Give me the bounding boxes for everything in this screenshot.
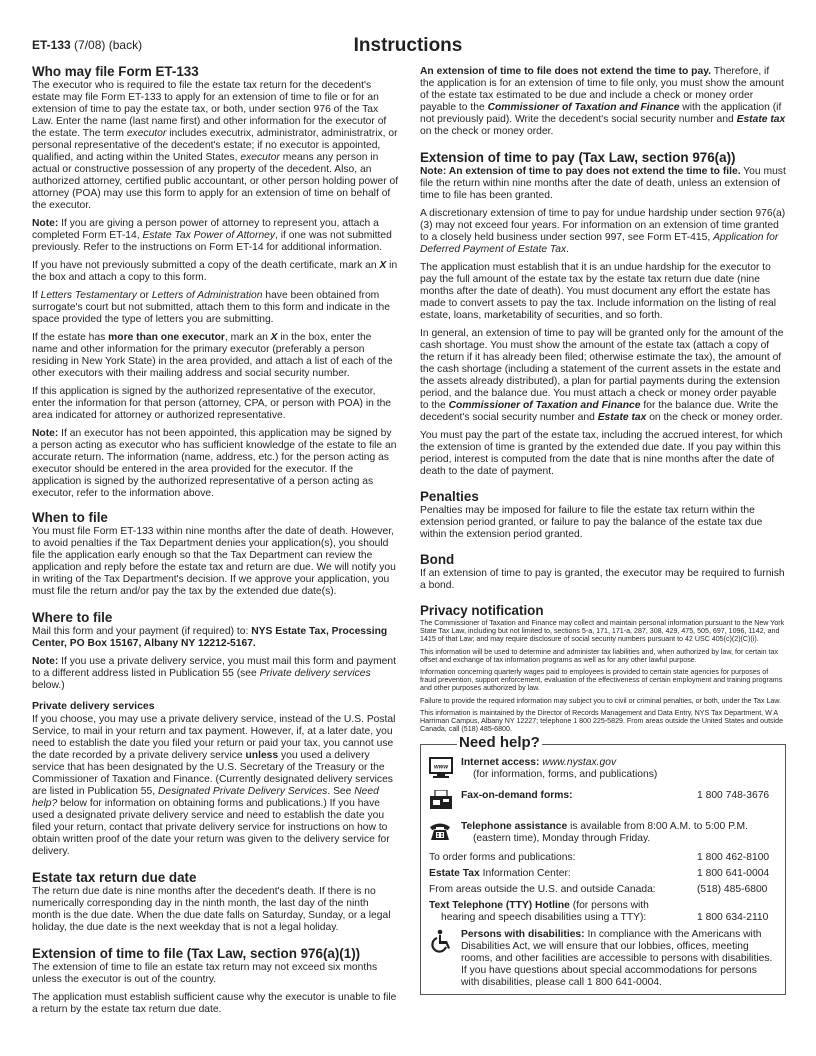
fax-machine-icon [429,790,455,814]
section-heading: When to file [32,510,400,525]
paragraph: If Letters Testamentary or Letters of Ad… [32,290,400,326]
internet-access-row: www Internet access: www.nystax.gov (for… [429,757,777,783]
paragraph: The extension of time to file an estate … [32,962,400,986]
paragraph: Information concerning quarterly wages p… [420,668,786,693]
section-private-delivery: Private delivery services If you choose,… [32,700,400,858]
section-heading: Extension of time to pay (Tax Law, secti… [420,150,786,165]
paragraph: The executor who is required to file the… [32,80,400,212]
section-heading: Who may file Form ET-133 [32,64,400,79]
website-link[interactable]: www.nystax.gov [542,757,616,768]
section-when-to-file: When to file You must file Form ET-133 w… [32,510,400,598]
paragraph: If this application is signed by the aut… [32,386,400,422]
section-privacy: Privacy notification The Commissioner of… [420,603,786,733]
section-heading: Where to file [32,610,400,625]
section-heading: Estate tax return due date [32,870,400,885]
right-column: An extension of time to file does not ex… [420,66,786,995]
internet-subtext: (for information, forms, and publication… [461,769,777,781]
paragraph: This information is maintained by the Di… [420,709,786,734]
section-extension-to-file: Extension of time to file (Tax Law, sect… [32,946,400,1016]
order-forms-number: 1 800 462-8100 [697,852,777,864]
paragraph: The application must establish that it i… [420,262,786,322]
section-heading: Bond [420,552,786,567]
internet-label: Internet access: [461,757,539,768]
subsection-heading: Private delivery services [32,700,400,713]
paragraph: The application must establish sufficien… [32,992,400,1016]
need-help-box: Need help? www Internet access: www.nyst… [420,744,786,995]
section-extension-file-continued: An extension of time to file does not ex… [420,66,786,138]
note-paragraph: Note: If you are giving a person power o… [32,218,400,254]
section-penalties: Penalties Penalties may be imposed for f… [420,489,786,541]
paragraph: You must pay the part of the estate tax,… [420,430,786,478]
section-who-may-file: Who may file Form ET-133 The executor wh… [32,64,400,500]
outside-us-row: From areas outside the U.S. and outside … [429,884,777,896]
note-paragraph: Note: If an executor has not been appoin… [32,428,400,500]
need-help-title: Need help? [457,734,542,752]
page-title: Instructions [0,35,816,57]
paragraph: This information will be used to determi… [420,648,786,664]
estate-tax-center-row: Estate Tax Information Center: 1 800 641… [429,868,777,880]
fax-row: Fax-on-demand forms: 1 800 748-3676 [429,790,777,814]
tty-row: Text Telephone (TTY) Hotline (for person… [429,900,777,924]
telephone-icon [429,821,455,845]
disabilities-label: Persons with disabilities: [461,929,585,940]
paragraph: The Commissioner of Taxation and Finance… [420,619,786,644]
paragraph: Failure to provide the required informat… [420,697,786,705]
section-due-date: Estate tax return due date The return du… [32,870,400,934]
outside-us-number: (518) 485-6800 [697,884,777,896]
paragraph: If the estate has more than one executor… [32,332,400,380]
disabilities-row: Persons with disabilities: In compliance… [429,929,777,989]
note-paragraph: Note: An extension of time to pay does n… [420,166,786,202]
mailing-address: Mail this form and your payment (if requ… [32,626,400,650]
paragraph: If an extension of time to pay is grante… [420,568,786,592]
left-column: Who may file Form ET-133 The executor wh… [32,64,400,1027]
note-paragraph: Note: If you use a private delivery serv… [32,656,400,692]
estate-tax-number: 1 800 641-0004 [697,868,777,880]
instructions-page: ET-133 (7/08) (back) Instructions Who ma… [0,0,816,1056]
paragraph: Penalties may be imposed for failure to … [420,505,786,541]
svg-text:www: www [434,765,448,771]
order-forms-row: To order forms and publications: 1 800 4… [429,852,777,864]
fax-label: Fax-on-demand forms: [461,790,573,802]
section-heading: Extension of time to file (Tax Law, sect… [32,946,400,961]
paragraph: An extension of time to file does not ex… [420,66,786,138]
section-where-to-file: Where to file Mail this form and your pa… [32,610,400,692]
section-heading: Privacy notification [420,603,786,618]
section-heading: Penalties [420,489,786,504]
paragraph: If you have not previously submitted a c… [32,260,400,284]
tty-number: 1 800 634-2110 [697,912,777,924]
telephone-row: Telephone assistance is available from 8… [429,821,777,845]
section-extension-to-pay: Extension of time to pay (Tax Law, secti… [420,150,786,478]
computer-monitor-icon: www [429,757,455,783]
paragraph: If you choose, you may use a private del… [32,714,400,858]
paragraph: The return due date is nine months after… [32,886,400,934]
telephone-hours: (eastern time), Monday through Friday. [461,833,777,845]
paragraph: You must file Form ET-133 within nine mo… [32,526,400,598]
paragraph: In general, an extension of time to pay … [420,328,786,424]
telephone-label: Telephone assistance [461,821,567,832]
fax-number: 1 800 748-3676 [697,790,777,802]
paragraph: A discretionary extension of time to pay… [420,208,786,256]
section-bond: Bond If an extension of time to pay is g… [420,552,786,592]
wheelchair-icon [429,929,455,957]
